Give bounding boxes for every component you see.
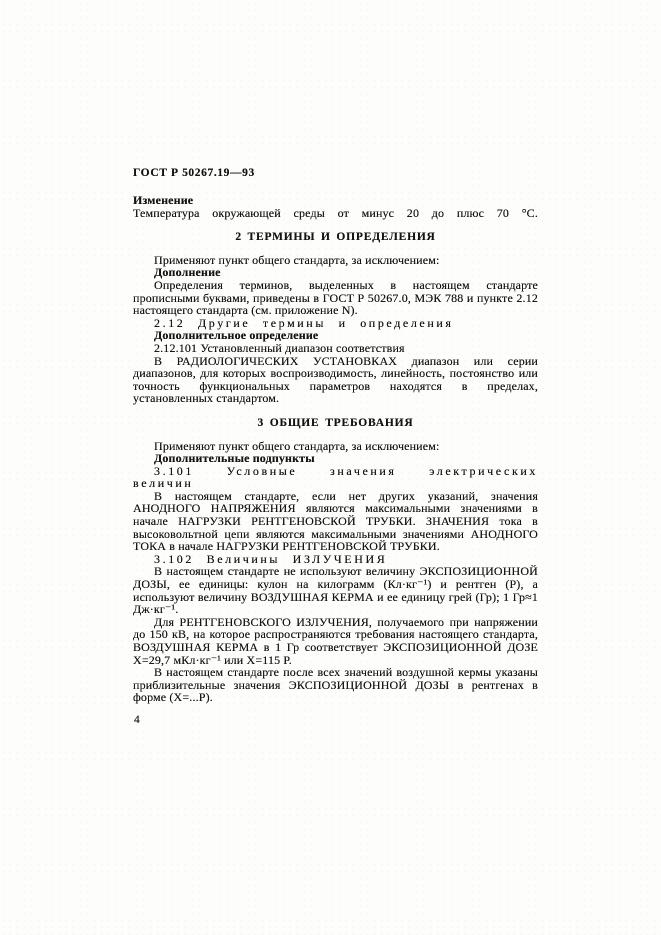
- clause-3-101-text: В настоящем стандарте, если нет других у…: [133, 490, 538, 553]
- amendment-label: Изменение: [133, 194, 538, 207]
- page-number: 4: [134, 714, 140, 726]
- clause-2-12-101-term: 2.12.101 Установленный диапазон соответс…: [133, 342, 538, 355]
- section-3-title: 3 ОБЩИЕ ТРЕБОВАНИЯ: [133, 417, 538, 430]
- document-standard-code: ГОСТ Р 50267.19—93: [133, 167, 255, 179]
- section-2-title: 2 ТЕРМИНЫ И ОПРЕДЕЛЕНИЯ: [133, 231, 538, 244]
- amendment-text: Температура окружающей среды от минус 20…: [133, 207, 538, 220]
- clause-3-101-heading: 3.101 Условные значения электрических ве…: [133, 465, 538, 490]
- section-2-paragraph: Определения терминов, выделенных в насто…: [133, 279, 538, 317]
- section-3-subheading-additional-subclauses: Дополнительные подпункты: [133, 452, 538, 465]
- clause-3-102-text-3: В настоящем стандарте после всех значени…: [133, 666, 538, 704]
- scanned-document-page: ГОСТ Р 50267.19—93 Изменение Температура…: [0, 0, 661, 935]
- clause-3-102-text-1: В настоящем стандарте не используют вели…: [133, 565, 538, 615]
- clause-2-12-101-definition: В РАДИОЛОГИЧЕСКИХ УСТАНОВКАХ диапазон ил…: [133, 355, 538, 405]
- document-content: Изменение Температура окружающей среды о…: [133, 180, 538, 704]
- clause-3-102-text-2: Для РЕНТГЕНОВСКОГО ИЗЛУЧЕНИЯ, получаемог…: [133, 616, 538, 666]
